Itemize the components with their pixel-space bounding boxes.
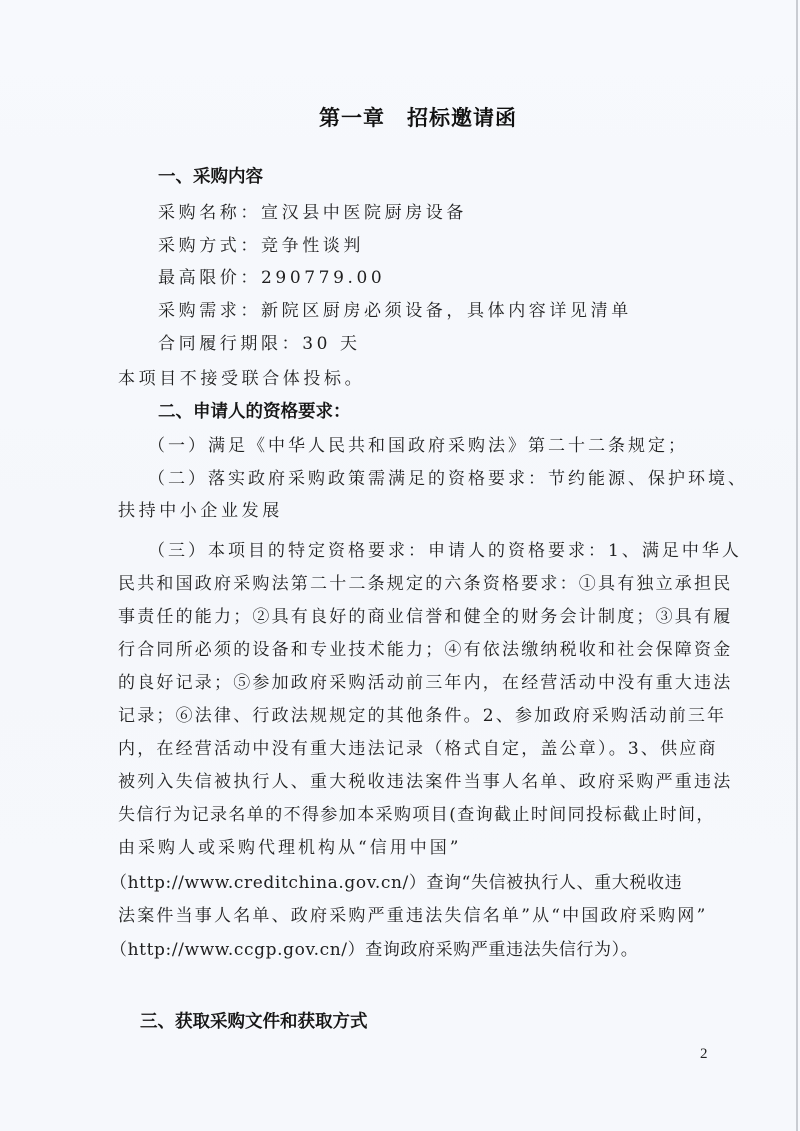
ccgp-url-line: （http://www.ccgp.gov.cn/）查询政府采购严重违法失信行为）…: [110, 935, 638, 960]
qualification-3-line: 行合同所必须的设备和专业技术能力；④有依法缴纳税收和社会保障资金: [118, 635, 732, 660]
qualification-2-cont: 扶持中小企业发展: [118, 496, 283, 521]
section-heading-qualifications: 二、申请人的资格要求：: [158, 398, 351, 423]
contract-period: 合同履行期限：30 天: [158, 329, 361, 354]
section-heading-obtain-documents: 三、获取采购文件和获取方式: [140, 1008, 368, 1033]
document-page: 第一章 招标邀请函 一、采购内容 采购名称：宣汉县中医院厨房设备 采购方式：竞争…: [0, 0, 800, 1131]
qualification-3-line: 失信行为记录名单的不得参加本采购项目(查询截止时间同投标截止时间，: [118, 800, 715, 825]
qualification-3-line: 民共和国政府采购法第二十二条规定的六条资格要求：①具有独立承担民: [118, 569, 732, 594]
procurement-name: 采购名称：宣汉县中医院厨房设备: [158, 198, 467, 223]
page-number: 2: [700, 1046, 708, 1063]
qualification-1: （一）满足《中华人民共和国政府采购法》第二十二条规定；: [148, 431, 688, 456]
qualification-2: （二）落实政府采购政策需满足的资格要求：节约能源、保护环境、: [148, 464, 748, 489]
procurement-method: 采购方式：竞争性谈判: [158, 231, 364, 256]
qualification-3-line: 被列入失信被执行人、重大税收违法案件当事人名单、政府采购严重违法: [118, 767, 732, 792]
qualification-3-line: 事责任的能力；②具有良好的商业信誉和健全的财务会计制度；③具有履: [118, 602, 732, 627]
qualification-3-line: 内，在经营活动中没有重大违法记录（格式自定，盖公章）。3、供应商: [118, 734, 718, 759]
section-heading-procurement-content: 一、采购内容: [158, 163, 263, 188]
qualification-3-line: 记录；⑥法律、行政法规规定的其他条件。2、参加政府采购活动前三年: [118, 701, 726, 726]
qualification-3: （三）本项目的特定资格要求：申请人的资格要求：1、满足中华人: [148, 536, 742, 561]
page-edge: [796, 0, 798, 1131]
creditchina-url-line: （http://www.creditchina.gov.cn/）查询“失信被执行…: [110, 868, 682, 893]
procurement-requirement: 采购需求：新院区厨房必须设备，具体内容详见清单: [158, 296, 632, 321]
qualification-3-line: 法案件当事人名单、政府采购严重违法失信名单”从“中国政府采购网”: [118, 901, 707, 926]
max-price: 最高限价：290779.00: [158, 263, 385, 288]
chapter-title: 第一章 招标邀请函: [0, 102, 800, 132]
qualification-3-line: 的良好记录；⑤参加政府采购活动前三年内，在经营活动中没有重大违法: [118, 668, 732, 693]
no-consortium-note: 本项目不接受联合体投标。: [118, 364, 365, 389]
qualification-3-line: 由采购人或采购代理机构从“信用中国”: [118, 833, 461, 858]
